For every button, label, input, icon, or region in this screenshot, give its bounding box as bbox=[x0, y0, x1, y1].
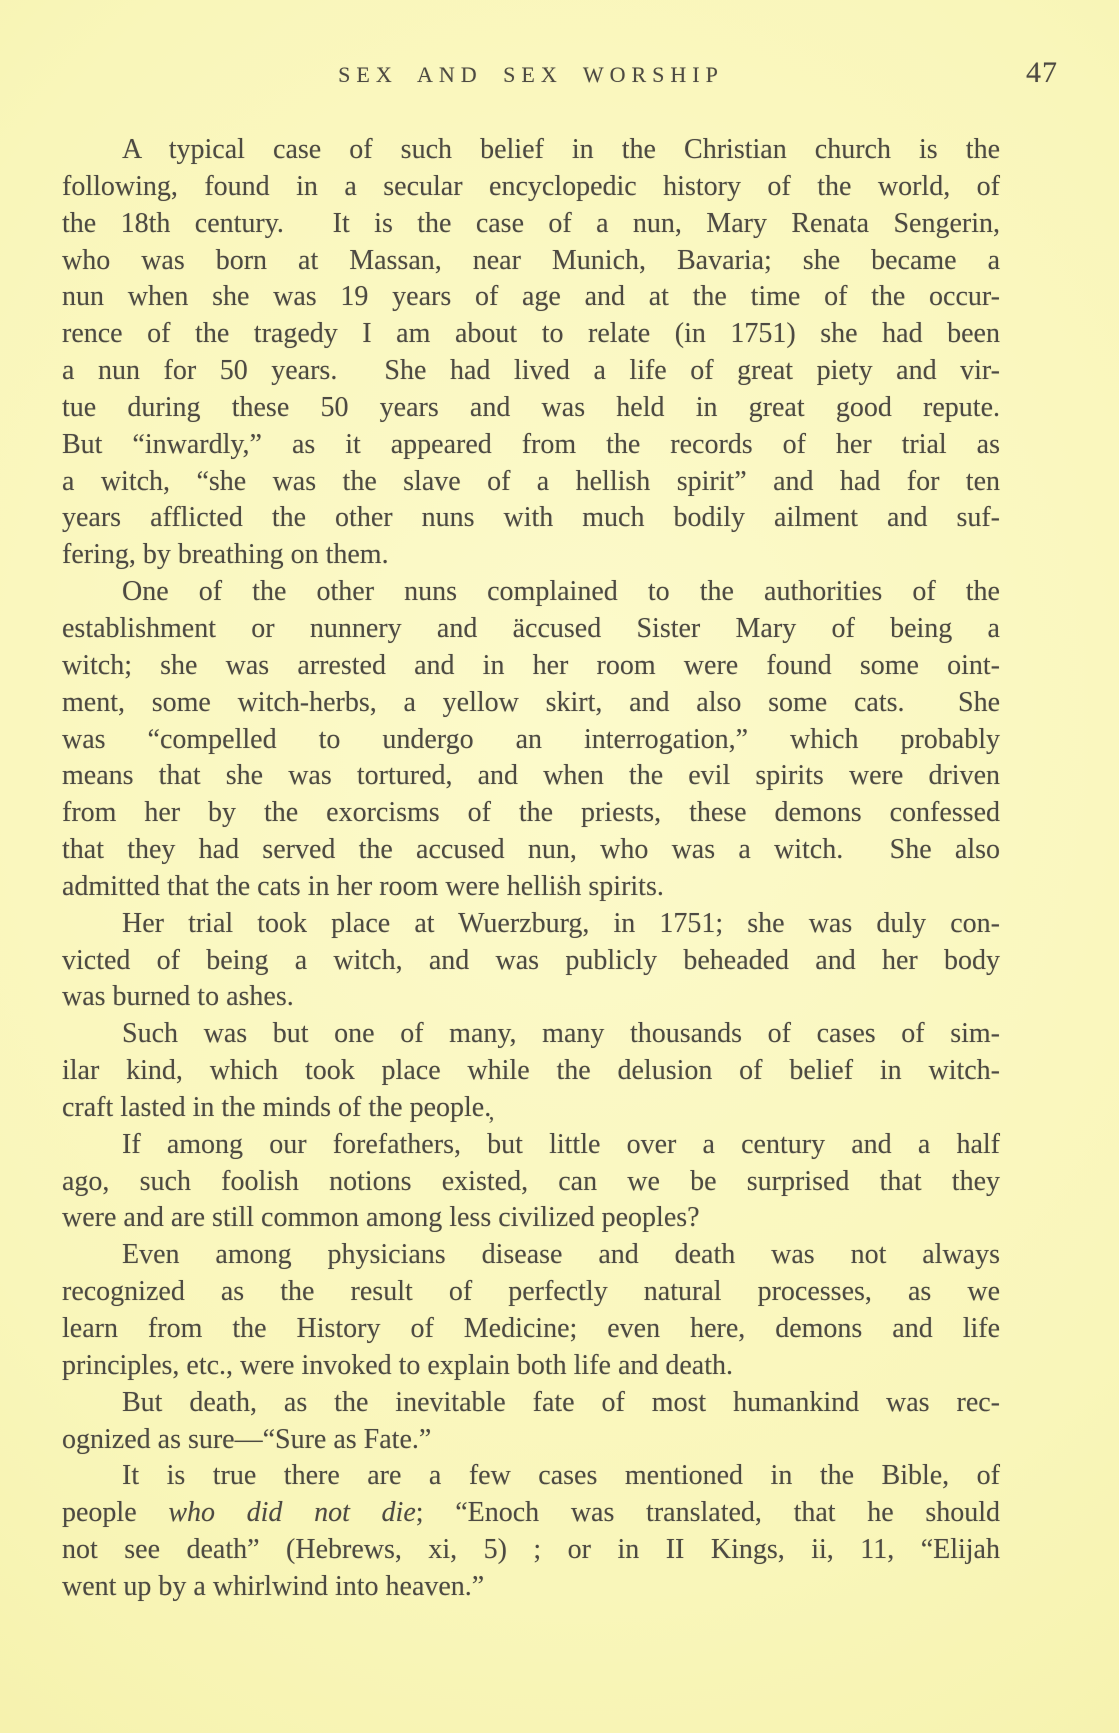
text-line: One of the other nuns complained to the … bbox=[62, 574, 1000, 611]
paragraph: It is true there are a few cases mention… bbox=[62, 1458, 1000, 1605]
text-line: recognized as the result of perfectly na… bbox=[62, 1274, 1000, 1311]
text-line: fering, by breathing on them. bbox=[62, 537, 1000, 574]
text-line: But “inwardly,” as it appeared from the … bbox=[62, 427, 1000, 464]
text-line: ment, some witch-herbs, a yellow skirt, … bbox=[62, 685, 1000, 722]
text-line: means that she was tortured, and when th… bbox=[62, 758, 1000, 795]
book-page: SEX AND SEX WORSHIP 47 A typical case of… bbox=[0, 0, 1119, 1733]
text-line: the 18th century. It is the case of a nu… bbox=[62, 206, 1000, 243]
paragraph: Her trial took place at Wuerzburg, in 17… bbox=[62, 906, 1000, 1017]
text-line: ago, such foolish notions existed, can w… bbox=[62, 1164, 1000, 1201]
paragraph: If among our forefathers, but little ove… bbox=[62, 1127, 1000, 1238]
page-number: 47 bbox=[1026, 56, 1058, 90]
paragraph: One of the other nuns complained to the … bbox=[62, 574, 1000, 906]
text-line: tue during these 50 years and was held i… bbox=[62, 390, 1000, 427]
running-head: SEX AND SEX WORSHIP 47 bbox=[62, 56, 1000, 90]
text-line: nun when she was 19 years of age and at … bbox=[62, 279, 1000, 316]
text-line: establishment or nunnery and äccused Sis… bbox=[62, 611, 1000, 648]
text-line: It is true there are a few cases mention… bbox=[62, 1458, 1000, 1495]
text-line: ilar kind, which took place while the de… bbox=[62, 1053, 1000, 1090]
text-line: not see death” (Hebrews, xi, 5) ; or in … bbox=[62, 1532, 1000, 1569]
paragraph: A typical case of such belief in the Chr… bbox=[62, 132, 1000, 574]
text-line: craft lasted in the minds of the people.… bbox=[62, 1090, 1000, 1127]
text-line: victed of being a witch, and was publicl… bbox=[62, 943, 1000, 980]
text-line: principles, etc., were invoked to explai… bbox=[62, 1348, 1000, 1385]
text-line: witch; she was arrested and in her room … bbox=[62, 648, 1000, 685]
text-line: people who did not die; “Enoch was trans… bbox=[62, 1495, 1000, 1532]
text-line: was burned to ashes. bbox=[62, 979, 1000, 1016]
text-line: Even among physicians disease and death … bbox=[62, 1237, 1000, 1274]
paragraph: But death, as the inevitable fate of mos… bbox=[62, 1385, 1000, 1459]
text-line: a nun for 50 years. She had lived a life… bbox=[62, 353, 1000, 390]
text-line: A typical case of such belief in the Chr… bbox=[62, 132, 1000, 169]
text-line: But death, as the inevitable fate of mos… bbox=[62, 1385, 1000, 1422]
text-line: who was born at Massan, near Munich, Bav… bbox=[62, 243, 1000, 280]
text-line: admitted that the cats in her room were … bbox=[62, 869, 1000, 906]
text-line: learn from the History of Medicine; even… bbox=[62, 1311, 1000, 1348]
text-line: were and are still common among less civ… bbox=[62, 1200, 1000, 1237]
text-line: that they had served the accused nun, wh… bbox=[62, 832, 1000, 869]
paragraph: Even among physicians disease and death … bbox=[62, 1237, 1000, 1384]
text-line: years afflicted the other nuns with much… bbox=[62, 500, 1000, 537]
page-title: SEX AND SEX WORSHIP bbox=[62, 62, 1000, 88]
text-line: Such was but one of many, many thousands… bbox=[62, 1016, 1000, 1053]
text-line: Her trial took place at Wuerzburg, in 17… bbox=[62, 906, 1000, 943]
text-block: A typical case of such belief in the Chr… bbox=[62, 132, 1000, 1606]
text-line: following, found in a secular encycloped… bbox=[62, 169, 1000, 206]
text-line: If among our forefathers, but little ove… bbox=[62, 1127, 1000, 1164]
paragraph: Such was but one of many, many thousands… bbox=[62, 1016, 1000, 1127]
text-line: went up by a whirlwind into heaven.” bbox=[62, 1569, 1000, 1606]
text-line: from her by the exorcisms of the priests… bbox=[62, 795, 1000, 832]
text-line: ognized as sure—“Sure as Fate.” bbox=[62, 1422, 1000, 1459]
italic-phrase: who did not die bbox=[168, 1497, 415, 1528]
text-line: was “compelled to undergo an interrogati… bbox=[62, 722, 1000, 759]
text-line: rence of the tragedy I am about to relat… bbox=[62, 316, 1000, 353]
text-line: a witch, “she was the slave of a hellish… bbox=[62, 464, 1000, 501]
